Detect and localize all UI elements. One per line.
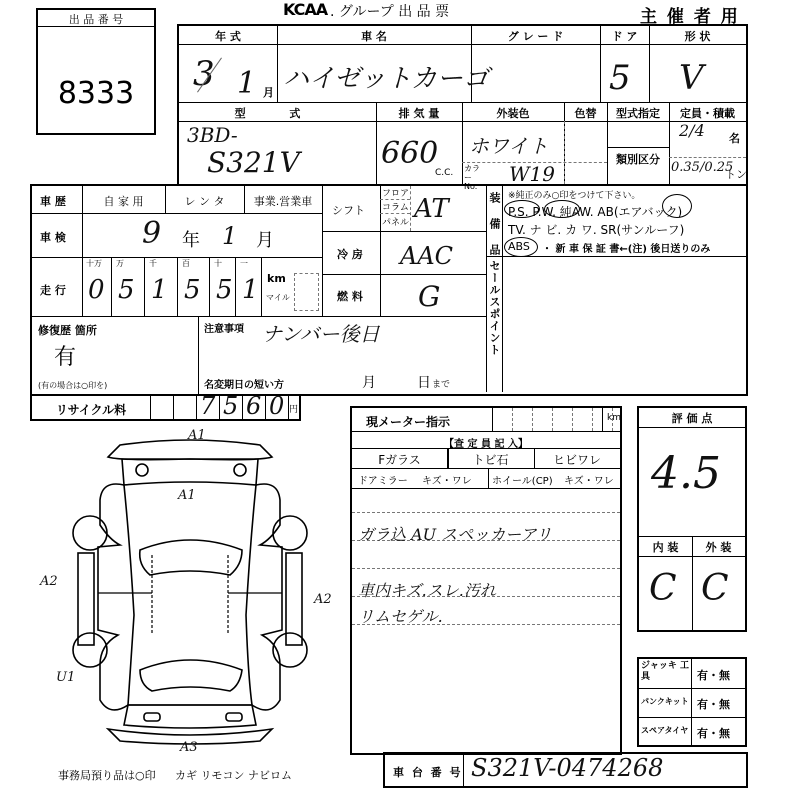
mileage-digit-label: 百	[182, 258, 190, 269]
doors-label: ド ア	[600, 28, 649, 44]
notes-label: 注意事項	[204, 320, 244, 335]
displacement-value: 660	[381, 136, 438, 171]
brand-logo: KCAA	[283, 0, 327, 19]
score-value: 4.5	[651, 448, 721, 499]
inspection-month-unit: 月	[256, 226, 274, 252]
color-change-label: 色替	[564, 105, 607, 121]
mileage-digit-value: 5	[184, 275, 201, 305]
mileage-digit-label: 万	[116, 258, 124, 269]
year-month-suffix: 月	[263, 84, 274, 100]
shift-value: AT	[414, 194, 449, 224]
mileage-unit-mile: マイル	[266, 292, 290, 303]
model-value-line2: S321V	[207, 146, 300, 179]
year-value: 3	[193, 54, 215, 94]
shift-option-floor: フロア	[382, 186, 409, 199]
circle-pw	[544, 200, 580, 218]
model-label: 型 式	[179, 105, 376, 121]
equipment-row3: ・ 新 車 保 証 書←(注) 後日送りのみ	[542, 240, 710, 255]
wheel-options: キズ・ワレ	[564, 472, 614, 487]
circle-abs	[504, 237, 538, 257]
vehicle-info-table: 年 式 車 名 グ レ ー ド ド ア 形 状 3 1 月 ハイゼットカーゴ 5…	[177, 24, 748, 186]
mileage-digit-cell: 十5	[210, 257, 236, 316]
displacement-label: 排 気 量	[376, 105, 462, 121]
capacity-persons-unit: 名	[729, 130, 740, 146]
color-no-value: W19	[509, 162, 555, 186]
chassis-value: S321V-0474268	[471, 754, 663, 782]
mileage-digit-cell: 一1	[236, 257, 262, 316]
repair-label: 修復歴 箇所	[38, 322, 97, 338]
tool-label-jack: ジャッキ 工具	[641, 661, 691, 683]
inspection-year: 9	[142, 216, 161, 251]
damage-mark-right-side: A2	[314, 592, 332, 607]
mileage-digit-value: 1	[151, 275, 168, 305]
fuel-value: G	[418, 280, 440, 313]
shift-option-column: コラム	[382, 200, 409, 213]
capacity-persons: 2/4	[679, 121, 705, 140]
score-label: 評 価 点	[639, 410, 745, 426]
classification-label: 類別区分	[607, 151, 669, 167]
equipment-note: ※純正のみ○印をつけて下さい。	[508, 188, 640, 201]
remark-line-1: ガラ込 AU スペッカーアリ	[358, 522, 552, 545]
shift-option-panel: パネル	[382, 215, 409, 228]
recycle-digit-cell	[173, 396, 196, 419]
mileage-digit-label: 十万	[86, 258, 102, 269]
mileage-digit-label: 千	[149, 258, 157, 269]
ac-value: AAC	[400, 242, 453, 270]
history-option-private: 自 家 用	[82, 193, 165, 209]
fglass-option-crack: ヒビワレ	[534, 451, 620, 468]
mileage-digit-value: 0	[88, 275, 105, 305]
model-value-line1: 3BD-	[187, 123, 238, 147]
name-change-until: まで	[432, 377, 450, 390]
mileage-unit-km: km	[267, 272, 286, 285]
lot-number-box: 出 品 番 号 8333	[36, 8, 156, 135]
grade-label: グ レ ー ド	[471, 28, 600, 44]
fglass-option-chip: トビ石	[447, 451, 534, 468]
exterior-label: 外 装	[692, 539, 745, 555]
tool-value-spare-tire: 有・無	[697, 725, 730, 741]
shift-label: シフト	[332, 202, 365, 218]
inspection-year-unit: 年	[182, 226, 200, 252]
recycle-unit: 円	[289, 402, 298, 415]
name-change-day: 日	[417, 372, 431, 392]
inspection-label: 車 検	[40, 229, 66, 245]
chassis-label: 車 台 番 号	[393, 764, 463, 780]
mileage-digit-cell: 十万0	[82, 257, 112, 316]
mileage-digit-cell: 千1	[145, 257, 178, 316]
mileage-digit-value: 5	[118, 275, 135, 305]
mirror-label: ドアミラー	[358, 472, 408, 487]
lot-number: 8333	[38, 76, 154, 111]
shape-label: 形 状	[649, 28, 746, 44]
office-items-label: 事務局預り品は○印	[58, 767, 156, 783]
history-table: 車 歴 自 家 用 レ ン タ 事業.営業車 車 検 9 年 1 月 走 行 十…	[30, 184, 748, 396]
mileage-digit-value: 1	[242, 275, 259, 305]
name-change-label: 名変期日の短い方	[204, 376, 284, 391]
displacement-unit: C.C.	[435, 168, 453, 178]
interior-value: C	[649, 568, 677, 609]
recycle-digit-cell: 5	[219, 396, 242, 419]
mileage-digit-value: 5	[216, 275, 233, 305]
year-month-value: 1	[237, 66, 256, 101]
mirror-options: キズ・ワレ	[422, 472, 472, 487]
damage-mark-left-side: A2	[40, 574, 58, 589]
office-items: カギ リモコン ナビロム	[175, 767, 292, 783]
recycle-box: リサイクル料 7560 円	[30, 394, 301, 421]
damage-mark-hood: A1	[178, 488, 196, 503]
capacity-load: 0.35/0.25	[671, 160, 733, 175]
exterior-color-value: ホワイト	[469, 130, 548, 159]
tool-label-spare-tire: スペアタイヤ	[641, 725, 688, 736]
circle-ps	[504, 200, 540, 218]
car-damage-diagram	[60, 425, 320, 745]
remark-line-2: 車内キズ.スレ.汚れ	[358, 578, 496, 601]
tools-box: ジャッキ 工具 有・無 パンクキット 有・無 スペアタイヤ 有・無	[637, 657, 747, 747]
capacity-label: 定員・積載	[669, 105, 746, 121]
inspection-month: 1	[222, 222, 237, 250]
exterior-value: C	[701, 568, 729, 609]
type-designation-label: 型式指定	[607, 105, 669, 121]
year-label: 年 式	[179, 28, 277, 44]
equipment-row2: TV. ナ ビ. カ ワ. SR(サンルーフ)	[508, 221, 684, 238]
doors-value: 5	[609, 58, 631, 98]
mileage-digit-cell: 万5	[112, 257, 145, 316]
recycle-digit-cell: 6	[242, 396, 265, 419]
shape-value: V	[679, 58, 704, 98]
tool-label-puncture-kit: パンクキット	[641, 696, 689, 707]
tool-value-puncture-kit: 有・無	[697, 696, 730, 712]
recycle-digit-cell: 7	[196, 396, 219, 419]
mileage-digit-label: 一	[240, 258, 248, 269]
damage-mark-rear: A3	[180, 740, 198, 755]
interior-label: 内 装	[639, 539, 692, 555]
inspector-box: 現メーター指示 km 【査 定 員 記 入】 Fガラス トビ石 ヒビワレ ドアミ…	[350, 406, 622, 755]
history-option-business: 事業.営業車	[244, 193, 322, 209]
circle-ab	[662, 194, 692, 218]
mileage-digit-cell: 百5	[178, 257, 210, 316]
notes-value: ナンバー後日	[262, 318, 380, 347]
remark-line-3: リムセゲル.	[358, 604, 443, 627]
repair-note: (有の場合は○印を)	[38, 380, 107, 391]
name-change-month: 月	[362, 372, 376, 392]
exterior-color-label: 外装色	[462, 105, 564, 121]
fglass-label: Fガラス	[352, 451, 447, 468]
meter-label: 現メーター指示	[366, 413, 450, 430]
car-name-value: ハイゼットカーゴ	[283, 58, 489, 95]
equipment-label: 装 備 品	[488, 192, 500, 256]
damage-mark-left-rear: U1	[56, 670, 75, 685]
evaluation-box: 評 価 点 4.5 内 装 外 装 C C	[637, 406, 747, 632]
history-option-rental: レ ン タ	[165, 193, 244, 209]
recycle-label: リサイクル料	[32, 401, 150, 418]
sales-point-label: セールスポイント	[488, 260, 500, 390]
repair-value: 有	[54, 340, 76, 371]
meter-unit: km	[607, 413, 621, 423]
ac-label: 冷 房	[337, 246, 363, 262]
history-label: 車 歴	[40, 193, 66, 209]
chassis-number-box: 車 台 番 号 S321V-0474268	[383, 752, 748, 788]
fuel-label: 燃 料	[337, 288, 363, 304]
tool-value-jack: 有・無	[697, 667, 730, 683]
car-name-label: 車 名	[277, 28, 471, 44]
form-title: . グループ 出 品 票	[330, 1, 449, 21]
damage-mark-front-bumper: A1	[188, 428, 206, 443]
mileage-label: 走 行	[40, 282, 66, 298]
wheel-label: ホイール(CP)	[492, 472, 553, 487]
recycle-digit-cell: 0	[265, 396, 288, 419]
capacity-load-unit: トン	[725, 166, 747, 182]
lot-number-label: 出 品 番 号	[38, 11, 154, 27]
mileage-digit-label: 十	[214, 258, 222, 269]
recycle-digit-cell	[150, 396, 173, 419]
